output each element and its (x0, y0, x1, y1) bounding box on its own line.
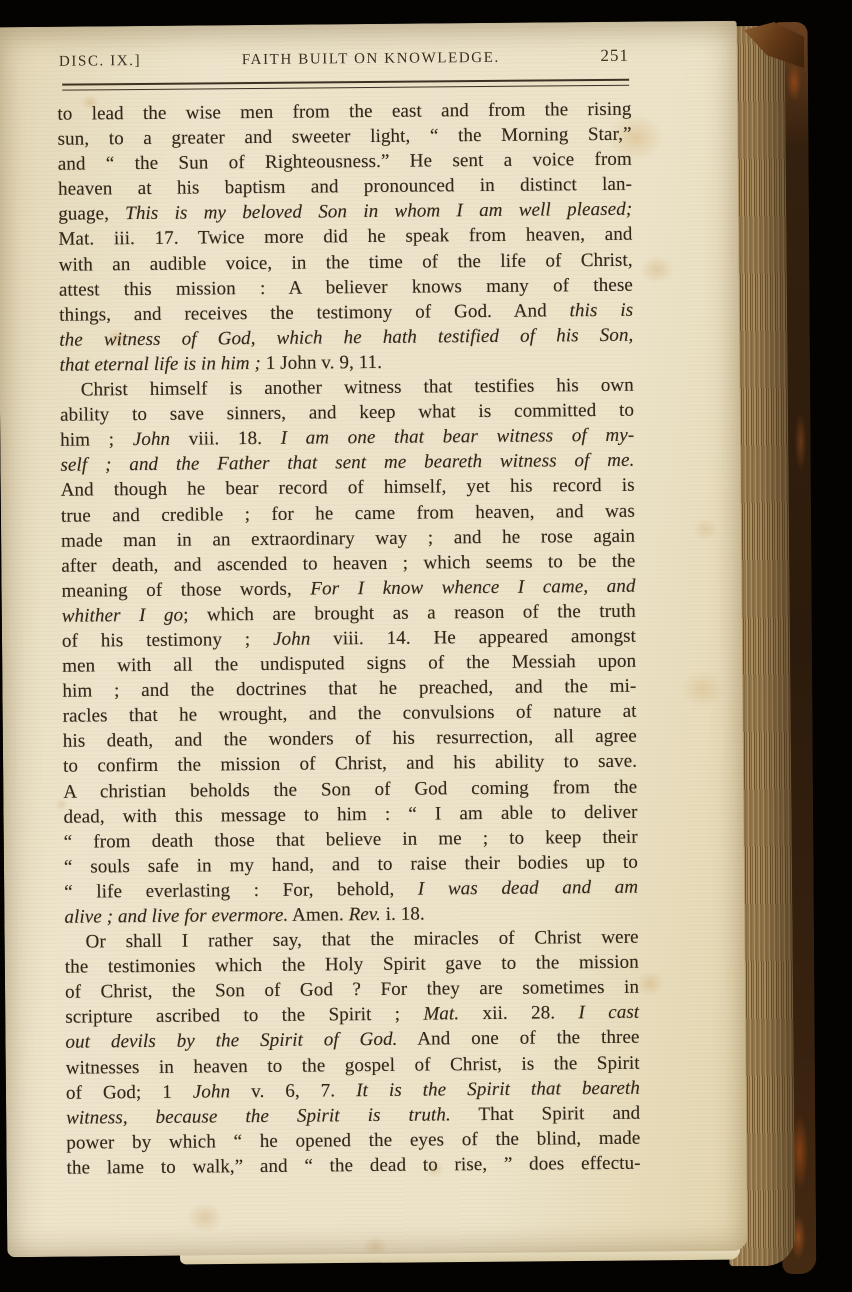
running-header: DISC. IX.] FAITH BUILT ON KNOWLEDGE. 251 (57, 46, 631, 73)
book-photo: DISC. IX.] FAITH BUILT ON KNOWLEDGE. 251… (0, 0, 852, 1292)
text-line: “ life everlasting : For, behold, I was … (64, 875, 638, 905)
section-label: DISC. IX.] (59, 53, 141, 71)
text-line: the lame to walk,” and “ the dead to ris… (66, 1151, 640, 1181)
page-number: 251 (600, 46, 629, 66)
page-title: FAITH BUILT ON KNOWLEDGE. (141, 49, 600, 70)
body-text: to lead the wise men from the east and f… (57, 97, 640, 1181)
book-page: DISC. IX.] FAITH BUILT ON KNOWLEDGE. 251… (0, 21, 747, 1257)
header-rule (62, 79, 629, 91)
page-content: DISC. IX.] FAITH BUILT ON KNOWLEDGE. 251… (57, 46, 641, 1181)
text-line: the witness of God, which he hath testif… (59, 323, 633, 353)
